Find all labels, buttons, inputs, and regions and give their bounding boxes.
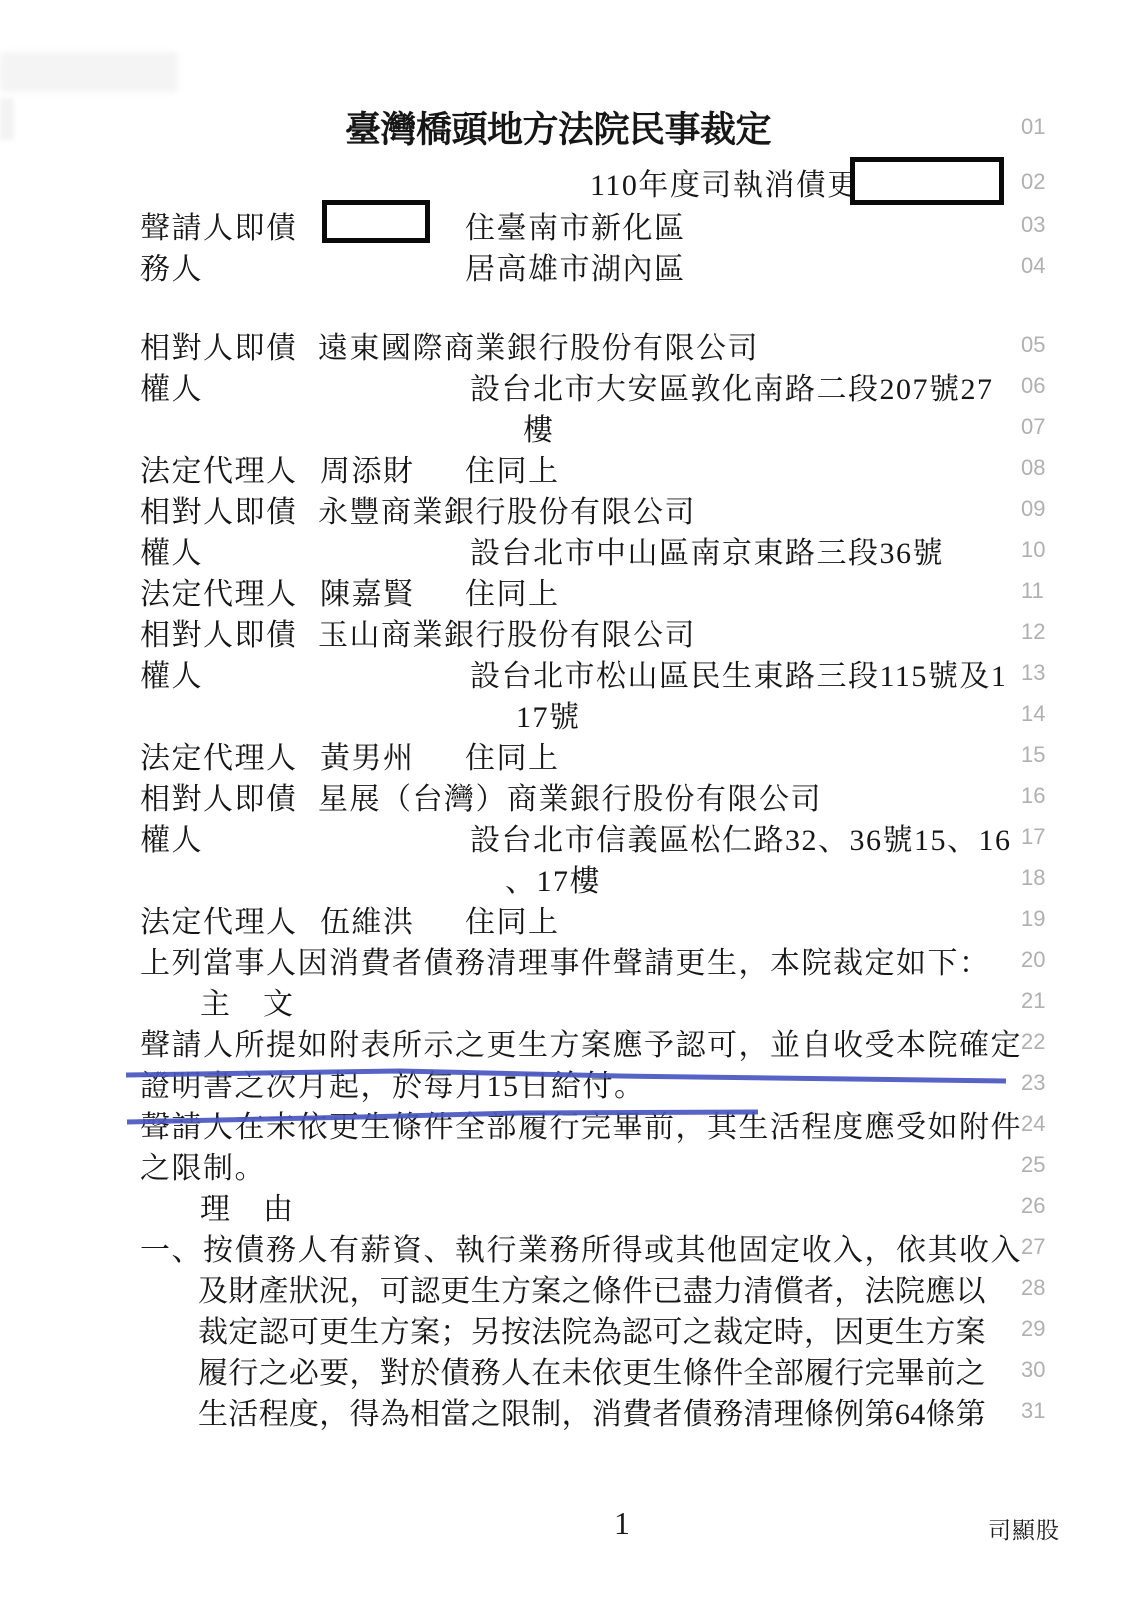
doc-text: 17號 <box>516 692 581 736</box>
doc-text: 證明書之次月起，於每月15日給付。 <box>140 1061 646 1105</box>
doc-text: 星展（台灣）商業銀行股份有限公司 <box>318 774 822 818</box>
doc-text: 伍維洪 <box>320 897 415 941</box>
line-number: 12 <box>1021 619 1045 645</box>
doc-line: 相對人即債玉山商業銀行股份有限公司12 <box>0 611 1131 653</box>
doc-text: 權人 <box>140 364 203 408</box>
doc-text: 法定代理人 <box>140 897 298 941</box>
doc-text: 之限制。 <box>140 1143 266 1187</box>
line-number: 14 <box>1021 701 1045 727</box>
line-number: 31 <box>1021 1398 1045 1424</box>
line-number: 07 <box>1021 414 1045 440</box>
doc-line: 一、按債務人有薪資、執行業務所得或其他固定收入，依其收入27 <box>0 1226 1131 1268</box>
doc-text: 法定代理人 <box>140 446 298 490</box>
doc-text: 相對人即債 <box>140 323 298 367</box>
line-number: 06 <box>1021 373 1045 399</box>
line-number: 27 <box>1021 1234 1045 1260</box>
line-number: 02 <box>1021 169 1045 195</box>
doc-line: 聲請人即債住臺南市新化區03 <box>0 204 1131 246</box>
doc-text: 聲請人在未依更生條件全部履行完畢前，其生活程度應受如附件 <box>140 1102 1022 1146</box>
doc-text: 上列當事人因消費者債務清理事件聲請更生，本院裁定如下： <box>140 938 991 982</box>
doc-text: 相對人即債 <box>140 774 298 818</box>
doc-text: 樓 <box>523 405 555 449</box>
doc-line: 主 文21 <box>0 980 1131 1022</box>
document-title: 臺灣橋頭地方法院民事裁定 <box>345 102 771 153</box>
doc-text: 住同上 <box>465 446 560 490</box>
doc-text: 相對人即債 <box>140 610 298 654</box>
redaction-box <box>322 200 430 243</box>
doc-line: 權人設台北市信義區松仁路32、36號15、1617 <box>0 816 1131 858</box>
doc-text: 法定代理人 <box>140 733 298 777</box>
redaction-box <box>850 157 1004 205</box>
doc-text: 權人 <box>140 815 203 859</box>
doc-line: 臺灣橋頭地方法院民事裁定01 <box>0 106 1131 148</box>
doc-text: 聲請人所提如附表所示之更生方案應予認可，並自收受本院確定 <box>140 1020 1022 1064</box>
line-number: 19 <box>1021 906 1045 932</box>
doc-text: 永豐商業銀行股份有限公司 <box>318 487 696 531</box>
doc-line: 權人設台北市中山區南京東路三段36號10 <box>0 529 1131 571</box>
doc-text: 相對人即債 <box>140 487 298 531</box>
doc-text: 陳嘉賢 <box>320 569 415 613</box>
doc-line: 生活程度，得為相當之限制，消費者債務清理條例第64條第31 <box>0 1390 1131 1432</box>
doc-text: 務人 <box>140 244 203 288</box>
line-number: 26 <box>1021 1193 1045 1219</box>
doc-line: 法定代理人伍維洪住同上19 <box>0 898 1131 940</box>
line-number: 20 <box>1021 947 1045 973</box>
doc-text: 住同上 <box>465 569 560 613</box>
footer-division-label: 司顯股 <box>988 1512 1060 1545</box>
doc-text: 理 由 <box>200 1184 295 1228</box>
doc-text: 一、按債務人有薪資、執行業務所得或其他固定收入，依其收入 <box>140 1225 1022 1269</box>
line-number: 24 <box>1021 1111 1045 1137</box>
line-number: 17 <box>1021 824 1045 850</box>
doc-line: 樓07 <box>0 406 1131 448</box>
doc-text: 住同上 <box>465 897 560 941</box>
line-number: 28 <box>1021 1275 1045 1301</box>
line-number: 30 <box>1021 1357 1045 1383</box>
doc-line: 上列當事人因消費者債務清理事件聲請更生，本院裁定如下：20 <box>0 939 1131 981</box>
court-ruling-page: 臺灣橋頭地方法院民事裁定01110年度司執消債更字02聲請人即債住臺南市新化區0… <box>0 0 1131 1600</box>
line-number: 11 <box>1021 578 1044 604</box>
doc-line: 相對人即債永豐商業銀行股份有限公司09 <box>0 488 1131 530</box>
doc-text: 、17樓 <box>505 856 601 900</box>
doc-line: 裁定認可更生方案；另按法院為認可之裁定時，因更生方案29 <box>0 1308 1131 1350</box>
doc-line: 及財產狀況，可認更生方案之條件已盡力清償者，法院應以28 <box>0 1267 1131 1309</box>
line-number: 13 <box>1021 660 1045 686</box>
doc-line: 履行之必要，對於債務人在未依更生條件全部履行完畢前之30 <box>0 1349 1131 1391</box>
doc-text: 周添財 <box>320 446 415 490</box>
doc-text: 110年度司執消債更字 <box>590 160 890 204</box>
line-number: 21 <box>1021 988 1045 1014</box>
doc-line: 聲請人所提如附表所示之更生方案應予認可，並自收受本院確定22 <box>0 1021 1131 1063</box>
line-number: 01 <box>1021 114 1045 140</box>
doc-text: 設台北市大安區敦化南路二段207號27 <box>470 364 994 408</box>
line-number: 04 <box>1021 253 1045 279</box>
line-number: 18 <box>1021 865 1045 891</box>
doc-text: 權人 <box>140 528 203 572</box>
doc-text: 聲請人即債 <box>140 203 298 247</box>
line-number: 25 <box>1021 1152 1045 1178</box>
doc-line: 、17樓18 <box>0 857 1131 899</box>
doc-text: 玉山商業銀行股份有限公司 <box>318 610 696 654</box>
line-number: 23 <box>1021 1070 1045 1096</box>
line-number: 09 <box>1021 496 1045 522</box>
doc-text: 住臺南市新化區 <box>465 203 686 247</box>
line-number: 29 <box>1021 1316 1045 1342</box>
doc-line: 理 由26 <box>0 1185 1131 1227</box>
doc-line: 相對人即債星展（台灣）商業銀行股份有限公司16 <box>0 775 1131 817</box>
doc-text: 權人 <box>140 651 203 695</box>
doc-line: 17號14 <box>0 693 1131 735</box>
doc-text: 設台北市中山區南京東路三段36號 <box>470 528 944 572</box>
scan-smudge-artifact <box>0 52 178 92</box>
doc-text: 遠東國際商業銀行股份有限公司 <box>318 323 759 367</box>
doc-line: 聲請人在未依更生條件全部履行完畢前，其生活程度應受如附件24 <box>0 1103 1131 1145</box>
doc-text: 設台北市松山區民生東路三段115號及1 <box>470 651 1007 695</box>
line-number: 22 <box>1021 1029 1045 1055</box>
doc-line: 相對人即債遠東國際商業銀行股份有限公司05 <box>0 324 1131 366</box>
doc-line: 法定代理人周添財住同上08 <box>0 447 1131 489</box>
doc-line: 證明書之次月起，於每月15日給付。23 <box>0 1062 1131 1104</box>
doc-line: 權人設台北市大安區敦化南路二段207號2706 <box>0 365 1131 407</box>
doc-text: 主 文 <box>200 979 295 1023</box>
doc-text: 裁定認可更生方案；另按法院為認可之裁定時，因更生方案 <box>198 1307 986 1351</box>
doc-line: 之限制。25 <box>0 1144 1131 1186</box>
doc-line: 法定代理人黃男州住同上15 <box>0 734 1131 776</box>
footer-page-number: 1 <box>562 1505 682 1542</box>
doc-text: 生活程度，得為相當之限制，消費者債務清理條例第64條第 <box>198 1389 986 1433</box>
line-number: 16 <box>1021 783 1045 809</box>
doc-line: 務人居高雄市湖內區04 <box>0 245 1131 287</box>
doc-text: 黃男州 <box>320 733 415 777</box>
doc-text: 法定代理人 <box>140 569 298 613</box>
doc-text: 居高雄市湖內區 <box>465 244 686 288</box>
line-number: 08 <box>1021 455 1045 481</box>
doc-line: 權人設台北市松山區民生東路三段115號及113 <box>0 652 1131 694</box>
line-number: 15 <box>1021 742 1045 768</box>
doc-line: 法定代理人陳嘉賢住同上11 <box>0 570 1131 612</box>
doc-text: 設台北市信義區松仁路32、36號15、16 <box>470 815 1012 859</box>
line-number: 03 <box>1021 212 1045 238</box>
line-number: 05 <box>1021 332 1045 358</box>
line-number: 10 <box>1021 537 1045 563</box>
doc-text: 住同上 <box>465 733 560 777</box>
doc-text: 履行之必要，對於債務人在未依更生條件全部履行完畢前之 <box>198 1348 986 1392</box>
doc-text: 及財產狀況，可認更生方案之條件已盡力清償者，法院應以 <box>198 1266 986 1310</box>
